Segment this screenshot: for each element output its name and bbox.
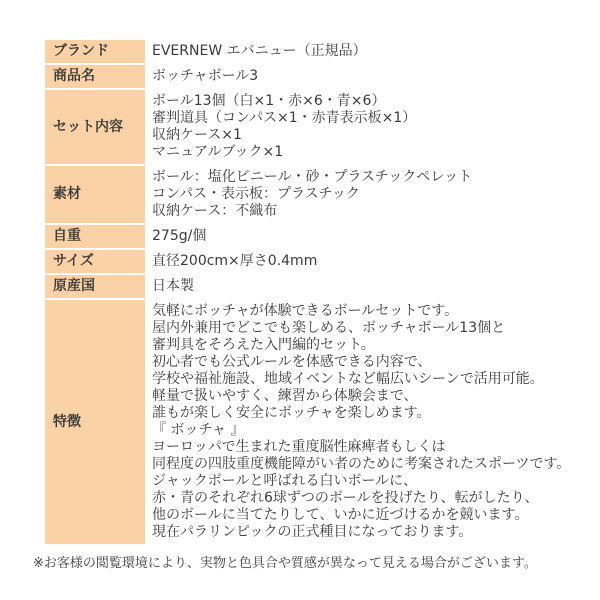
spec-row-label: 素材	[45, 166, 145, 223]
spec-value-line: 275g/個	[152, 228, 556, 245]
spec-row-value: EVERNEW エバニュー（正規品）	[145, 40, 558, 63]
spec-value-line: ジャックボールと呼ばれる白いボールに、	[152, 473, 556, 490]
disclaimer-footnote: ※お客様の閲覧環境により、実物と色具合や質感が異なって見える場合がございます。	[33, 555, 600, 572]
spec-value-line: マニュアルブック×1	[152, 144, 556, 161]
spec-row: サイズ直径200cm×厚さ0.4mm	[45, 250, 558, 273]
spec-value-line: 学校や福祉施設、地域イベントなど幅広いシーンで活用可能。	[152, 371, 556, 388]
spec-value-line: 収納ケース×1	[152, 127, 556, 144]
spec-value-line: 他のボールに当てたりして、いかに近づけるかを競います。	[152, 507, 556, 524]
spec-row: 原産国日本製	[45, 275, 558, 298]
spec-row-label: 自重	[45, 225, 145, 248]
spec-value-line: 審判道具（コンパス×1・赤青表示板×1）	[152, 110, 556, 127]
product-spec-table: ブランドEVERNEW エバニュー（正規品）商品名ボッチャボール3セット内容ボー…	[45, 38, 558, 546]
spec-value-line: 屋内外兼用でどこでも楽しめる、ボッチャボール13個と	[152, 320, 556, 337]
spec-row-value: 気軽にボッチャが体験できるボールセットです。屋内外兼用でどこでも楽しめる、ボッチ…	[145, 300, 558, 544]
spec-row: 素材ボール：塩化ビニール・砂・プラスチックペレットコンパス・表示板：プラスチック…	[45, 166, 558, 223]
spec-row-value: 直径200cm×厚さ0.4mm	[145, 250, 558, 273]
spec-row-value: ボッチャボール3	[145, 65, 558, 88]
spec-value-line: 軽量で扱いやすく、練習から体験会まで、	[152, 388, 556, 405]
spec-value-line: 同程度の四肢重度機能障がい者のために考案されたスポーツです。	[152, 456, 556, 473]
spec-value-line: 赤・青のそれぞれ6球ずつのボールを投げたり、転がしたり、	[152, 490, 556, 507]
spec-value-line: ヨーロッパで生まれた重度脳性麻痺者もしくは	[152, 439, 556, 456]
spec-row-label: サイズ	[45, 250, 145, 273]
spec-row: 特徴気軽にボッチャが体験できるボールセットです。屋内外兼用でどこでも楽しめる、ボ…	[45, 300, 558, 544]
spec-row-label: ブランド	[45, 40, 145, 63]
spec-row-value: ボール13個（白×1・赤×6・青×6）審判道具（コンパス×1・赤青表示板×1）収…	[145, 90, 558, 164]
spec-value-line: 『 ボッチャ 』	[152, 422, 556, 439]
spec-row-label: 原産国	[45, 275, 145, 298]
spec-row-label: 特徴	[45, 300, 145, 544]
spec-row-value: ボール：塩化ビニール・砂・プラスチックペレットコンパス・表示板：プラスチック収納…	[145, 166, 558, 223]
spec-row: ブランドEVERNEW エバニュー（正規品）	[45, 40, 558, 63]
spec-value-line: 誰もが楽しく安全にボッチャを楽しめます。	[152, 405, 556, 422]
spec-value-line: 直径200cm×厚さ0.4mm	[152, 253, 556, 270]
spec-value-line: 現在パラリンピックの正式種目になっております。	[152, 524, 556, 541]
spec-row: セット内容ボール13個（白×1・赤×6・青×6）審判道具（コンパス×1・赤青表示…	[45, 90, 558, 164]
spec-value-line: 気軽にボッチャが体験できるボールセットです。	[152, 303, 556, 320]
spec-row-value: 275g/個	[145, 225, 558, 248]
spec-row-label: セット内容	[45, 90, 145, 164]
spec-row: 商品名ボッチャボール3	[45, 65, 558, 88]
spec-row: 自重275g/個	[45, 225, 558, 248]
spec-value-line: 初心者でも公式ルールを体感できる内容で、	[152, 354, 556, 371]
spec-value-line: 日本製	[152, 278, 556, 295]
spec-value-line: ボール：塩化ビニール・砂・プラスチックペレット	[152, 169, 556, 186]
spec-value-line: コンパス・表示板：プラスチック	[152, 186, 556, 203]
spec-row-label: 商品名	[45, 65, 145, 88]
spec-value-line: ボール13個（白×1・赤×6・青×6）	[152, 93, 556, 110]
spec-value-line: 収納ケース：不織布	[152, 203, 556, 220]
spec-row-value: 日本製	[145, 275, 558, 298]
spec-value-line: EVERNEW エバニュー（正規品）	[152, 43, 556, 60]
spec-value-line: 審判具をそろえた入門編的セット。	[152, 337, 556, 354]
spec-value-line: ボッチャボール3	[152, 68, 556, 85]
product-spec-table-body: ブランドEVERNEW エバニュー（正規品）商品名ボッチャボール3セット内容ボー…	[45, 40, 558, 544]
